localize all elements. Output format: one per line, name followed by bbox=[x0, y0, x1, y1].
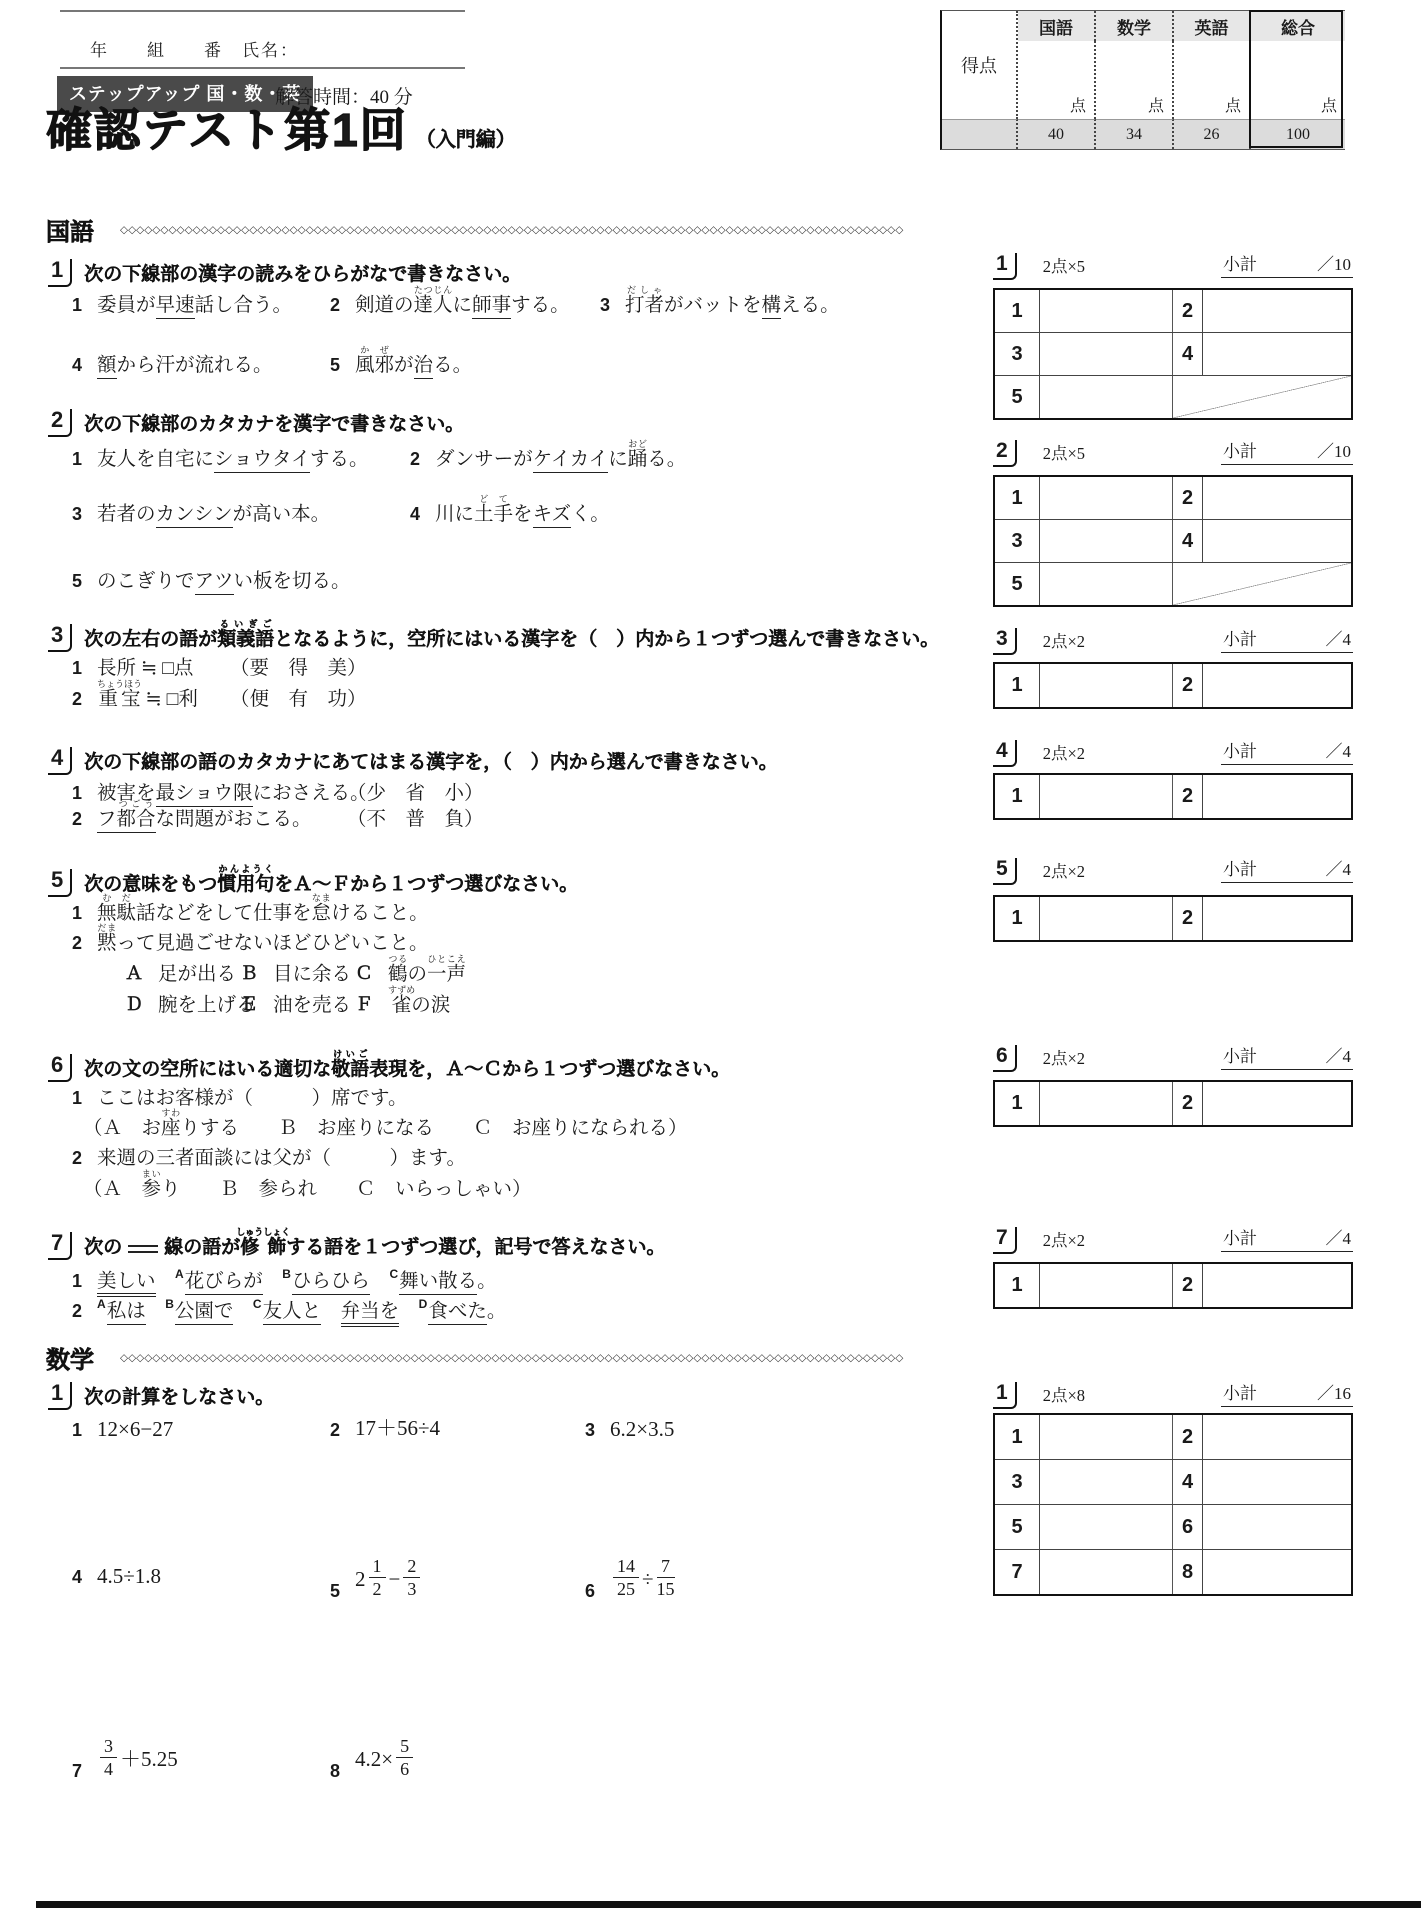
question-item: 217＋56÷4 bbox=[330, 1409, 440, 1443]
answer-cell bbox=[1203, 477, 1351, 519]
answer-grid-row: 78 bbox=[995, 1550, 1351, 1594]
choice-parentheses: （要 得 美） bbox=[230, 652, 367, 680]
text-segment: 来週の三者面談には父が（ ）ます。 bbox=[97, 1148, 466, 1169]
text-segment: する。 bbox=[511, 295, 570, 316]
question-item: 1美しい A花びらが Bひらひら C舞い散る。 bbox=[72, 1260, 497, 1294]
ruby-annotation: つごう bbox=[117, 799, 156, 809]
score-entry-cell: 点 bbox=[1018, 41, 1096, 119]
question-number: 7 bbox=[48, 1232, 72, 1260]
text-segment: 怠なま bbox=[312, 903, 332, 924]
text-segment: する語を１つずつ選び，記号で答えなさい。 bbox=[286, 1237, 665, 1258]
question-prompt: 4次の下線部の語のカタカナにあてはまる漢字を，（ ）内から選んで書きなさい。 bbox=[48, 735, 778, 775]
text-segment: 油を売る bbox=[273, 995, 351, 1016]
panel-question-number: 1 bbox=[993, 253, 1017, 280]
subtotal-max: ／4 bbox=[1326, 737, 1352, 762]
text-segment: 類義語るいぎご bbox=[217, 629, 274, 650]
diagonal-blank-cell bbox=[1173, 563, 1351, 605]
section-divider: ◇◇◇◇◇◇◇◇◇◇◇◇◇◇◇◇◇◇◇◇◇◇◇◇◇◇◇◇◇◇◇◇◇◇◇◇◇◇◇◇… bbox=[120, 224, 1095, 236]
ruby-annotation: すずめ bbox=[388, 985, 415, 995]
answer-cell-number: 2 bbox=[1173, 1082, 1203, 1125]
name-box-rule-top bbox=[60, 10, 465, 12]
panel-question-number: 2 bbox=[993, 440, 1017, 467]
max-score-sogo: 100 bbox=[1251, 119, 1345, 149]
text-segment: カンシン bbox=[156, 504, 233, 528]
unit-label: 点 bbox=[1148, 93, 1164, 116]
fraction-numerator: 5 bbox=[396, 1736, 413, 1759]
text-segment bbox=[399, 1301, 419, 1322]
ruby-annotation: まい bbox=[142, 1169, 162, 1179]
question-item: 5のこぎりでアツい板を切る。 bbox=[72, 560, 351, 594]
fraction-denominator: 6 bbox=[396, 1758, 413, 1780]
question-prompt: 2次の下線部のカタカナを漢字で書きなさい。 bbox=[48, 397, 464, 437]
text-segment: けること。 bbox=[331, 903, 429, 924]
answer-cell bbox=[1040, 1415, 1173, 1459]
text-segment: 次の下線部の語のカタカナにあてはまる漢字を，（ ）内から選んで書きなさい。 bbox=[84, 752, 778, 773]
fraction: 12 bbox=[369, 1556, 386, 1600]
answer-grid: 12 bbox=[993, 895, 1353, 942]
modifier-choice-letter: B bbox=[165, 1297, 174, 1311]
answer-grid: 12345678 bbox=[993, 1413, 1353, 1596]
answer-panel-header: 22点×5小計／10 bbox=[993, 435, 1353, 467]
subtotal: 小計／4 bbox=[1221, 855, 1353, 883]
question-prompt-text: 次の下線部のカタカナを漢字で書きなさい。 bbox=[84, 409, 464, 437]
panel-question-number: 7 bbox=[993, 1227, 1017, 1254]
text-segment: 参まい bbox=[142, 1179, 162, 1200]
text-segment: 修飾しゅうしょく bbox=[240, 1237, 286, 1258]
text-segment: 治 bbox=[414, 355, 434, 379]
points-note: 2点×2 bbox=[1043, 858, 1085, 885]
subtotal-label: 小計 bbox=[1223, 1042, 1257, 1067]
score-col-sogo: 総合 bbox=[1251, 11, 1345, 41]
text-segment: が bbox=[394, 355, 414, 376]
item-number: 1 bbox=[72, 449, 82, 472]
answer-grid-row: 34 bbox=[995, 1460, 1351, 1505]
ruby-annotation: るいぎご bbox=[217, 619, 274, 629]
text-segment: の涙 bbox=[411, 995, 450, 1016]
panel-question-number: 5 bbox=[993, 858, 1017, 885]
text-segment: ここはお客様が（ ）席です。 bbox=[97, 1088, 407, 1109]
answer-cell bbox=[1040, 897, 1173, 940]
answer-cell bbox=[1040, 477, 1173, 519]
score-table: 得点 国語 数学 英語 総合 点 点 点 点 40 34 26 100 bbox=[940, 10, 1345, 150]
question-item: 734＋5.25 bbox=[72, 1728, 178, 1784]
score-col-eigo: 英語 bbox=[1174, 11, 1251, 41]
answer-grid-row: 12 bbox=[995, 1082, 1351, 1125]
panel-question-number: 1 bbox=[993, 1382, 1017, 1409]
text-segment: 線の語が bbox=[164, 1237, 240, 1258]
item-number: 2 bbox=[330, 1420, 340, 1443]
modifier-choice-letter: C bbox=[389, 1267, 398, 1281]
item-number: 5 bbox=[330, 1581, 340, 1604]
text-segment: 一声ひとこえ bbox=[427, 964, 466, 985]
question-item: 84.2×56 bbox=[330, 1728, 416, 1784]
item-number: 2 bbox=[330, 295, 340, 318]
text-segment: 川に bbox=[435, 504, 474, 525]
subtotal: 小計／4 bbox=[1221, 1224, 1353, 1252]
answer-cell bbox=[1203, 1082, 1351, 1125]
question-prompt-text: 次の線の語が修飾しゅうしょくする語を１つずつ選び，記号で答えなさい。 bbox=[84, 1227, 665, 1260]
answer-cell-number: 1 bbox=[995, 1264, 1040, 1307]
text-segment: から汗が流れる。 bbox=[117, 355, 273, 376]
text-segment: 話し合う。 bbox=[195, 295, 293, 316]
text-segment: 達人たつじん bbox=[414, 295, 453, 316]
text-segment: 。 bbox=[477, 1271, 497, 1292]
text-segment: − bbox=[389, 1567, 401, 1591]
text-segment: となるように，空所にはいる漢字を（ ）内から１つずつ選んで書きなさい。 bbox=[274, 629, 939, 650]
text-segment: 17＋56÷4 bbox=[355, 1416, 440, 1440]
item-text: ダンサーがケイカイに踊おどる。 bbox=[435, 439, 686, 472]
text-segment: の bbox=[408, 964, 428, 985]
fraction-numerator: 7 bbox=[657, 1556, 675, 1579]
text-segment: 風邪かぜ bbox=[355, 355, 394, 376]
answer-grid: 12345 bbox=[993, 288, 1353, 420]
item-text: 剣道の達人たつじんに師事する。 bbox=[355, 285, 570, 318]
subtotal-max: ／16 bbox=[1317, 1379, 1351, 1404]
item-text: （Ａ 参まいり Ｂ 参られ Ｃ いらっしゃい） bbox=[83, 1169, 532, 1202]
score-col-kokugo: 国語 bbox=[1018, 11, 1096, 41]
text-segment: りする Ｂ お座りになる Ｃ お座りになられる） bbox=[181, 1118, 688, 1139]
item-text: 17＋56÷4 bbox=[355, 1412, 440, 1443]
fraction-denominator: 3 bbox=[403, 1578, 420, 1600]
text-segment: 打者だしゃ bbox=[625, 295, 664, 316]
ruby-annotation: ちょうほう bbox=[97, 679, 142, 689]
text-segment: 公園で bbox=[175, 1301, 234, 1325]
answer-grid-row: 12 bbox=[995, 477, 1351, 520]
item-number: 2 bbox=[72, 1148, 82, 1171]
text-segment: する。 bbox=[310, 449, 369, 470]
answer-panel-header: 52点×2小計／4 bbox=[993, 853, 1353, 885]
question-item: 4川に土手どてをキズく。 bbox=[410, 493, 610, 527]
subtotal: 小計／10 bbox=[1221, 437, 1353, 465]
answer-cell bbox=[1040, 775, 1173, 818]
question-prompt-text: 次の計算をしなさい。 bbox=[84, 1382, 274, 1410]
text-segment: 2 bbox=[355, 1567, 366, 1591]
diagonal-blank-cell bbox=[1173, 376, 1351, 418]
max-score-sugaku: 34 bbox=[1096, 119, 1174, 149]
question-item: Ｂ目に余る bbox=[240, 953, 351, 987]
points-note: 2点×2 bbox=[1043, 740, 1085, 767]
answer-cell-number: 4 bbox=[1173, 333, 1203, 375]
points-note: 2点×2 bbox=[1043, 628, 1085, 655]
text-segment: 食べた bbox=[428, 1301, 487, 1325]
ruby-annotation: ひとこえ bbox=[427, 954, 466, 964]
answer-panel-header: 12点×8小計／16 bbox=[993, 1377, 1353, 1409]
item-number: Ｆ bbox=[355, 990, 373, 1018]
item-text: 足が出る bbox=[158, 958, 236, 987]
item-number: 8 bbox=[330, 1761, 340, 1784]
question-item: 2フ都合つごうな問題がおこる。（不 普 負） bbox=[72, 798, 312, 832]
item-text: フ都合つごうな問題がおこる。 bbox=[97, 799, 312, 832]
question-item: 44.5÷1.8 bbox=[72, 1556, 161, 1590]
answer-cell bbox=[1203, 1550, 1351, 1594]
test-paper-page: 年 組 番 氏名： ステップアップ 国・数・英 解答時間：40 分 確認テスト第… bbox=[0, 0, 1421, 1920]
question-item: 5212−23 bbox=[330, 1548, 423, 1604]
item-text: 4.2×56 bbox=[355, 1739, 416, 1784]
text-segment bbox=[233, 1301, 253, 1322]
text-segment: 足が出る bbox=[158, 964, 236, 985]
subtotal: 小計／4 bbox=[1221, 1042, 1353, 1070]
text-segment: 額 bbox=[97, 355, 117, 379]
item-text: 重宝ちょうほう ≒ □利 bbox=[97, 679, 198, 712]
item-number: 5 bbox=[72, 571, 82, 594]
fraction: 23 bbox=[403, 1556, 420, 1600]
text-segment: 黙だま bbox=[97, 933, 117, 954]
subtotal: 小計／4 bbox=[1221, 625, 1353, 653]
unit-label: 点 bbox=[1321, 93, 1337, 116]
text-segment: 目に余る bbox=[273, 964, 351, 985]
text-segment: アツ bbox=[195, 571, 234, 595]
text-segment: える。 bbox=[781, 295, 840, 316]
answer-cell-number: 7 bbox=[995, 1550, 1040, 1594]
panel-question-number: 6 bbox=[993, 1045, 1017, 1072]
answer-cell-number: 2 bbox=[1173, 290, 1203, 332]
text-segment bbox=[370, 1271, 390, 1292]
choice-parentheses: （便 有 功） bbox=[230, 683, 367, 711]
answer-cell bbox=[1040, 333, 1173, 375]
panel-question-number: 3 bbox=[993, 628, 1017, 655]
ruby-annotation: だま bbox=[97, 923, 117, 933]
text-segment: 弁当を bbox=[341, 1301, 400, 1327]
answer-cell bbox=[1203, 333, 1351, 375]
answer-cell-number: 5 bbox=[995, 563, 1040, 605]
question-item: 1委員が早速話し合う。 bbox=[72, 284, 292, 318]
text-segment: 12×6−27 bbox=[97, 1417, 173, 1441]
question-number: 4 bbox=[48, 747, 72, 775]
text-segment: ÷ bbox=[642, 1567, 654, 1591]
max-score-eigo: 26 bbox=[1174, 119, 1251, 149]
question-item: 2剣道の達人たつじんに師事する。 bbox=[330, 284, 570, 318]
subtotal-max: ／4 bbox=[1326, 1224, 1352, 1249]
ruby-annotation: おど bbox=[628, 439, 648, 449]
text-segment bbox=[146, 1301, 166, 1322]
item-number: Ａ bbox=[125, 959, 143, 987]
question-number: 5 bbox=[48, 869, 72, 897]
text-segment: ケイカイ bbox=[533, 449, 608, 473]
item-number: 4 bbox=[410, 504, 420, 527]
item-number: 2 bbox=[72, 1301, 82, 1324]
double-line-symbol bbox=[128, 1245, 158, 1253]
item-text: 来週の三者面談には父が（ ）ます。 bbox=[97, 1142, 466, 1171]
item-text: 川に土手どてをキズく。 bbox=[435, 494, 610, 527]
question-item: 1無駄むだ話などをして仕事を怠なまけること。 bbox=[72, 892, 429, 926]
answer-grid-row: 12 bbox=[995, 1264, 1351, 1307]
text-segment: 鶴つる bbox=[388, 964, 408, 985]
answer-grid-row: 12 bbox=[995, 290, 1351, 333]
answer-cell bbox=[1203, 520, 1351, 562]
ruby-annotation: だしゃ bbox=[625, 285, 664, 295]
answer-cell-number: 4 bbox=[1173, 1460, 1203, 1504]
answer-cell-number: 1 bbox=[995, 290, 1040, 332]
text-segment: のこぎりで bbox=[97, 571, 195, 592]
answer-grid: 12 bbox=[993, 1262, 1353, 1309]
item-number: 3 bbox=[600, 295, 610, 318]
subtotal-label: 小計 bbox=[1223, 625, 1257, 650]
answer-cell-number: 2 bbox=[1173, 477, 1203, 519]
ruby-annotation: たつじん bbox=[414, 285, 453, 295]
item-number: 4 bbox=[72, 355, 82, 378]
question-prompt: 1次の計算をしなさい。 bbox=[48, 1370, 274, 1410]
ruby-annotation: しゅうしょく bbox=[236, 1227, 290, 1237]
question-item: 3若者のカンシンが高い本。 bbox=[72, 493, 330, 527]
answer-cell bbox=[1040, 1264, 1173, 1307]
item-text: 若者のカンシンが高い本。 bbox=[97, 498, 330, 527]
item-number: Ｄ bbox=[125, 990, 143, 1018]
question-item: 61425÷715 bbox=[585, 1548, 678, 1604]
answer-cell-number: 5 bbox=[995, 1505, 1040, 1549]
item-text: 風邪かぜが治る。 bbox=[355, 345, 472, 378]
title-edition-note: （入門編） bbox=[416, 129, 516, 151]
question-item: Ｆ雀すずめの涙 bbox=[355, 984, 450, 1018]
answer-grid-row: 56 bbox=[995, 1505, 1351, 1550]
fraction: 715 bbox=[657, 1556, 675, 1600]
item-number: 2 bbox=[72, 689, 82, 712]
answer-cell bbox=[1040, 376, 1173, 418]
subtotal-max: ／4 bbox=[1326, 625, 1352, 650]
text-segment: 長所 ≒ □点 bbox=[97, 658, 193, 679]
answer-cell bbox=[1203, 1264, 1351, 1307]
answer-grid-row: 12 bbox=[995, 775, 1351, 818]
question-prompt: 3次の左右の語が類義語るいぎごとなるように，空所にはいる漢字を（ ）内から１つず… bbox=[48, 612, 939, 652]
subtotal-max: ／10 bbox=[1317, 437, 1351, 462]
subtotal-max: ／10 bbox=[1317, 250, 1351, 275]
answer-cell-number: 1 bbox=[995, 897, 1040, 940]
question-item: 1長所 ≒ □点（要 得 美） bbox=[72, 647, 193, 681]
bottom-page-border bbox=[36, 1901, 1421, 1908]
points-note: 2点×2 bbox=[1043, 1045, 1085, 1072]
points-note: 2点×8 bbox=[1043, 1382, 1085, 1409]
text-segment: 都合つごう bbox=[117, 809, 156, 833]
item-text: 友人を自宅にショウタイする。 bbox=[97, 443, 368, 472]
ruby-annotation: かぜ bbox=[355, 345, 394, 355]
text-segment: ≒ □利 bbox=[141, 689, 198, 710]
ruby-annotation: すわ bbox=[161, 1108, 181, 1118]
text-segment: 踊おど bbox=[628, 449, 648, 470]
text-segment bbox=[321, 1301, 341, 1322]
question-item: Ｄ腕を上げる bbox=[125, 984, 256, 1018]
answer-cell-number: 2 bbox=[1173, 664, 1203, 707]
subtotal-label: 小計 bbox=[1223, 737, 1257, 762]
text-segment: く。 bbox=[571, 504, 610, 525]
text-segment: （Ａ bbox=[83, 1179, 142, 1200]
text-segment: ＋5.25 bbox=[120, 1747, 178, 1771]
question-prompt-text: 次の下線部の漢字の読みをひらがなで書きなさい。 bbox=[84, 259, 521, 287]
text-segment: 私は bbox=[107, 1301, 146, 1325]
max-score-cell bbox=[942, 119, 1018, 149]
text-segment: 6.2×3.5 bbox=[610, 1417, 674, 1441]
answer-panel-header: 42点×2小計／4 bbox=[993, 735, 1353, 767]
points-note: 2点×5 bbox=[1043, 440, 1085, 467]
text-segment: ダンサーが bbox=[435, 449, 533, 470]
question-item: Ｃ鶴つるの一声ひとこえ bbox=[355, 953, 466, 987]
text-segment: 師事 bbox=[472, 295, 511, 319]
answer-panel-header: 62点×2小計／4 bbox=[993, 1040, 1353, 1072]
question-item: （Ａ お座すわりする Ｂ お座りになる Ｃ お座りになられる） bbox=[83, 1107, 688, 1141]
text-segment bbox=[263, 1271, 283, 1292]
text-segment: り Ｂ 参られ Ｃ いらっしゃい） bbox=[161, 1179, 532, 1200]
item-number: 3 bbox=[585, 1420, 595, 1443]
panel-question-number: 4 bbox=[993, 740, 1017, 767]
fraction-numerator: 3 bbox=[100, 1736, 117, 1759]
text-segment: な問題がおこる。 bbox=[156, 809, 312, 830]
text-segment: （Ａ お bbox=[83, 1118, 161, 1139]
item-text: 1425÷715 bbox=[610, 1559, 678, 1604]
question-item: Ｅ油を売る bbox=[240, 984, 351, 1018]
question-prompt: 7次の線の語が修飾しゅうしょくする語を１つずつ選び，記号で答えなさい。 bbox=[48, 1220, 666, 1260]
answer-cell-number: 4 bbox=[1173, 520, 1203, 562]
question-prompt: 5次の意味をもつ慣用句かんようくをＡ～Ｆから１つずつ選びなさい。 bbox=[48, 857, 578, 897]
section-divider: ◇◇◇◇◇◇◇◇◇◇◇◇◇◇◇◇◇◇◇◇◇◇◇◇◇◇◇◇◇◇◇◇◇◇◇◇◇◇◇◇… bbox=[120, 1352, 1095, 1364]
answer-cell-number: 2 bbox=[1173, 1415, 1203, 1459]
text-segment: 重宝ちょうほう bbox=[97, 689, 141, 710]
question-item: 112×6−27 bbox=[72, 1409, 173, 1443]
item-text: 額から汗が流れる。 bbox=[97, 349, 273, 378]
question-item: Ａ足が出る bbox=[125, 953, 236, 987]
page-title: 確認テスト第1回（入門編） bbox=[46, 94, 516, 160]
answer-cell bbox=[1040, 290, 1173, 332]
text-segment: 4.5÷1.8 bbox=[97, 1564, 161, 1588]
text-segment: 友人を自宅に bbox=[97, 449, 214, 470]
answer-cell-number: 3 bbox=[995, 520, 1040, 562]
text-segment: キズ bbox=[533, 504, 572, 528]
ruby-annotation: つる bbox=[388, 954, 408, 964]
score-col-sugaku: 数学 bbox=[1096, 11, 1174, 41]
text-segment: が高い本。 bbox=[233, 504, 331, 525]
item-text: 4.5÷1.8 bbox=[97, 1564, 161, 1590]
question-item: 3打者だしゃがバットを構える。 bbox=[600, 284, 840, 318]
text-segment: 次の下線部の漢字の読みをひらがなで書きなさい。 bbox=[84, 264, 521, 285]
item-number: Ｂ bbox=[240, 959, 258, 987]
answer-cell-number: 1 bbox=[995, 775, 1040, 818]
answer-cell-number: 3 bbox=[995, 1460, 1040, 1504]
answer-cell-number: 8 bbox=[1173, 1550, 1203, 1594]
item-number: 2 bbox=[410, 449, 420, 472]
answer-panel-header: 32点×2小計／4 bbox=[993, 623, 1353, 655]
name-box-rule-bottom bbox=[60, 67, 465, 69]
answer-cell-number: 6 bbox=[1173, 1505, 1203, 1549]
text-segment: を bbox=[513, 504, 533, 525]
subtotal-max: ／4 bbox=[1326, 1042, 1352, 1067]
text-segment: がバットを bbox=[664, 295, 762, 316]
ruby-annotation: けいご bbox=[331, 1049, 369, 1059]
text-segment: る。 bbox=[647, 449, 686, 470]
answer-cell bbox=[1203, 664, 1351, 707]
answer-cell-number: 1 bbox=[995, 1415, 1040, 1459]
item-number: 1 bbox=[72, 1088, 82, 1111]
unit-label: 点 bbox=[1070, 93, 1086, 116]
text-segment: 4.2× bbox=[355, 1747, 393, 1771]
question-item: 2黙だまって見過ごせないほどひどいこと。 bbox=[72, 922, 429, 956]
fraction: 1425 bbox=[613, 1556, 639, 1600]
item-text: 委員が早速話し合う。 bbox=[97, 289, 292, 318]
question-item: 2ダンサーがケイカイに踊おどる。 bbox=[410, 438, 686, 472]
item-number: 4 bbox=[72, 1567, 82, 1590]
text-segment: 話などをして仕事を bbox=[136, 903, 312, 924]
answer-cell-number: 2 bbox=[1173, 1264, 1203, 1307]
answer-cell bbox=[1203, 290, 1351, 332]
section-title: 国語 bbox=[46, 212, 94, 247]
fraction: 34 bbox=[100, 1736, 117, 1780]
text-segment: 表現を，Ａ～Ｃから１つずつ選びなさい。 bbox=[369, 1059, 730, 1080]
fraction-numerator: 14 bbox=[613, 1556, 639, 1579]
answer-cell-number: 1 bbox=[995, 1082, 1040, 1125]
points-note: 2点×5 bbox=[1043, 253, 1085, 280]
item-text: 打者だしゃがバットを構える。 bbox=[625, 285, 840, 318]
answer-cell-number: 1 bbox=[995, 477, 1040, 519]
question-prompt: 1次の下線部の漢字の読みをひらがなで書きなさい。 bbox=[48, 247, 521, 287]
question-prompt-text: 次の左右の語が類義語るいぎごとなるように，空所にはいる漢字を（ ）内から１つずつ… bbox=[84, 619, 939, 652]
text-segment: 委員が bbox=[97, 295, 156, 316]
answer-grid-row: 12 bbox=[995, 664, 1351, 707]
